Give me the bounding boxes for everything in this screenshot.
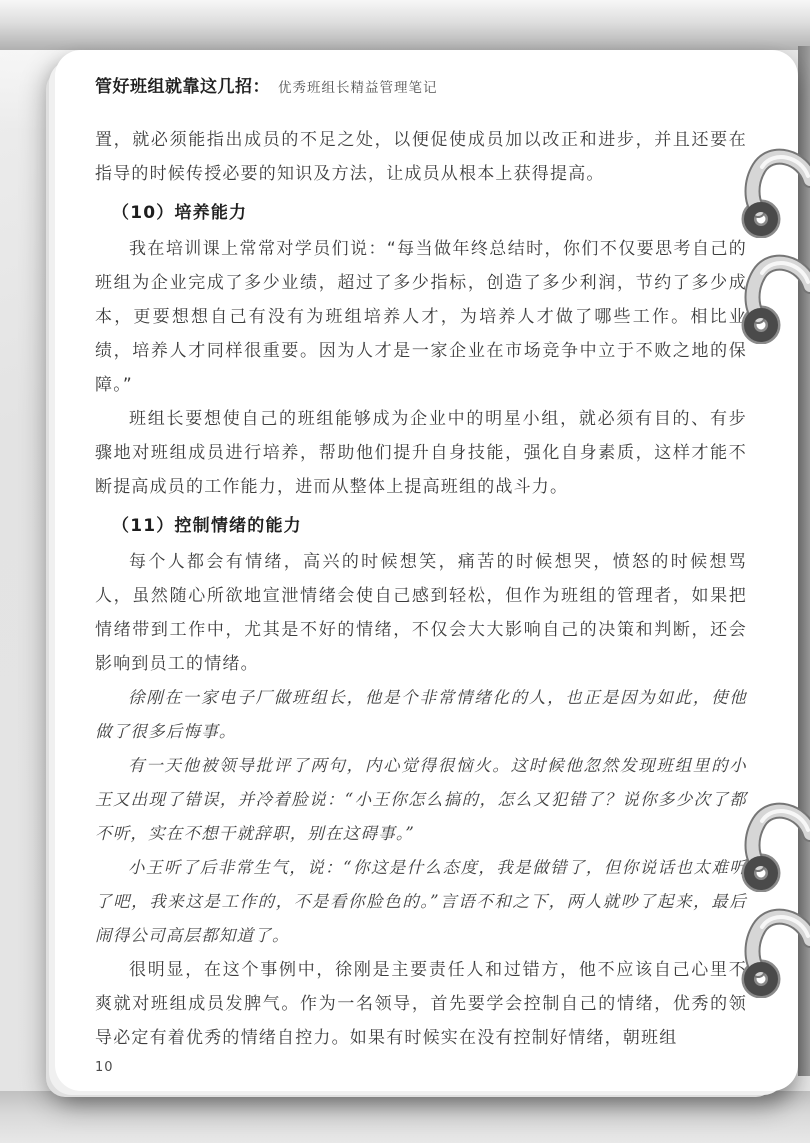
section-heading: （10）培养能力 xyxy=(95,196,747,230)
book-scan-canvas: 管好班组就靠这几招： 优秀班组长精益管理笔记 置，就必须能指出成员的不足之处，以… xyxy=(0,0,810,1143)
bottom-shadow xyxy=(0,1091,810,1143)
paragraph: 我在培训课上常常对学员们说：“每当做年终总结时，你们不仅要思考自己的班组为企业完… xyxy=(95,232,747,402)
book-title: 管好班组就靠这几招： xyxy=(95,72,270,97)
paragraph: 徐刚在一家电子厂做班组长，他是个非常情绪化的人，也正是因为如此，使他做了很多后悔… xyxy=(95,681,747,749)
top-shadow xyxy=(0,0,810,50)
page-body: 置，就必须能指出成员的不足之处，以便促使成员加以改正和进步，并且还要在指导的时候… xyxy=(95,123,747,1055)
paragraph: 很明显，在这个事例中，徐刚是主要责任人和过错方，他不应该自己心里不爽就对班组成员… xyxy=(95,953,747,1055)
binder-ring xyxy=(735,906,810,998)
binder-ring xyxy=(735,252,810,344)
paragraph: 小王听了后非常生气，说：“你这是什么态度，我是做错了，但你说话也太难听了吧，我来… xyxy=(95,851,747,953)
page-number: 10 xyxy=(95,1060,114,1075)
paragraph: 有一天他被领导批评了两句，内心觉得很恼火。这时候他忽然发现班组里的小王又出现了错… xyxy=(95,749,747,851)
section-heading: （11）控制情绪的能力 xyxy=(95,509,747,543)
paragraph: 班组长要想使自己的班组能够成为企业中的明星小组，就必须有目的、有步骤地对班组成员… xyxy=(95,402,747,504)
binder-ring-icon xyxy=(735,906,810,998)
binder-ring-icon xyxy=(735,800,810,892)
book-page: 管好班组就靠这几招： 优秀班组长精益管理笔记 置，就必须能指出成员的不足之处，以… xyxy=(55,50,798,1091)
binder-ring-icon xyxy=(735,146,810,238)
book-subtitle: 优秀班组长精益管理笔记 xyxy=(278,76,438,96)
binder-ring-icon xyxy=(735,252,810,344)
paragraph: 每个人都会有情绪，高兴的时候想笑，痛苦的时候想哭，愤怒的时候想骂人，虽然随心所欲… xyxy=(95,545,747,681)
running-header: 管好班组就靠这几招： 优秀班组长精益管理笔记 xyxy=(95,72,726,97)
binder-ring xyxy=(735,146,810,238)
binder-ring xyxy=(735,800,810,892)
paragraph: 置，就必须能指出成员的不足之处，以便促使成员加以改正和进步，并且还要在指导的时候… xyxy=(95,123,747,191)
